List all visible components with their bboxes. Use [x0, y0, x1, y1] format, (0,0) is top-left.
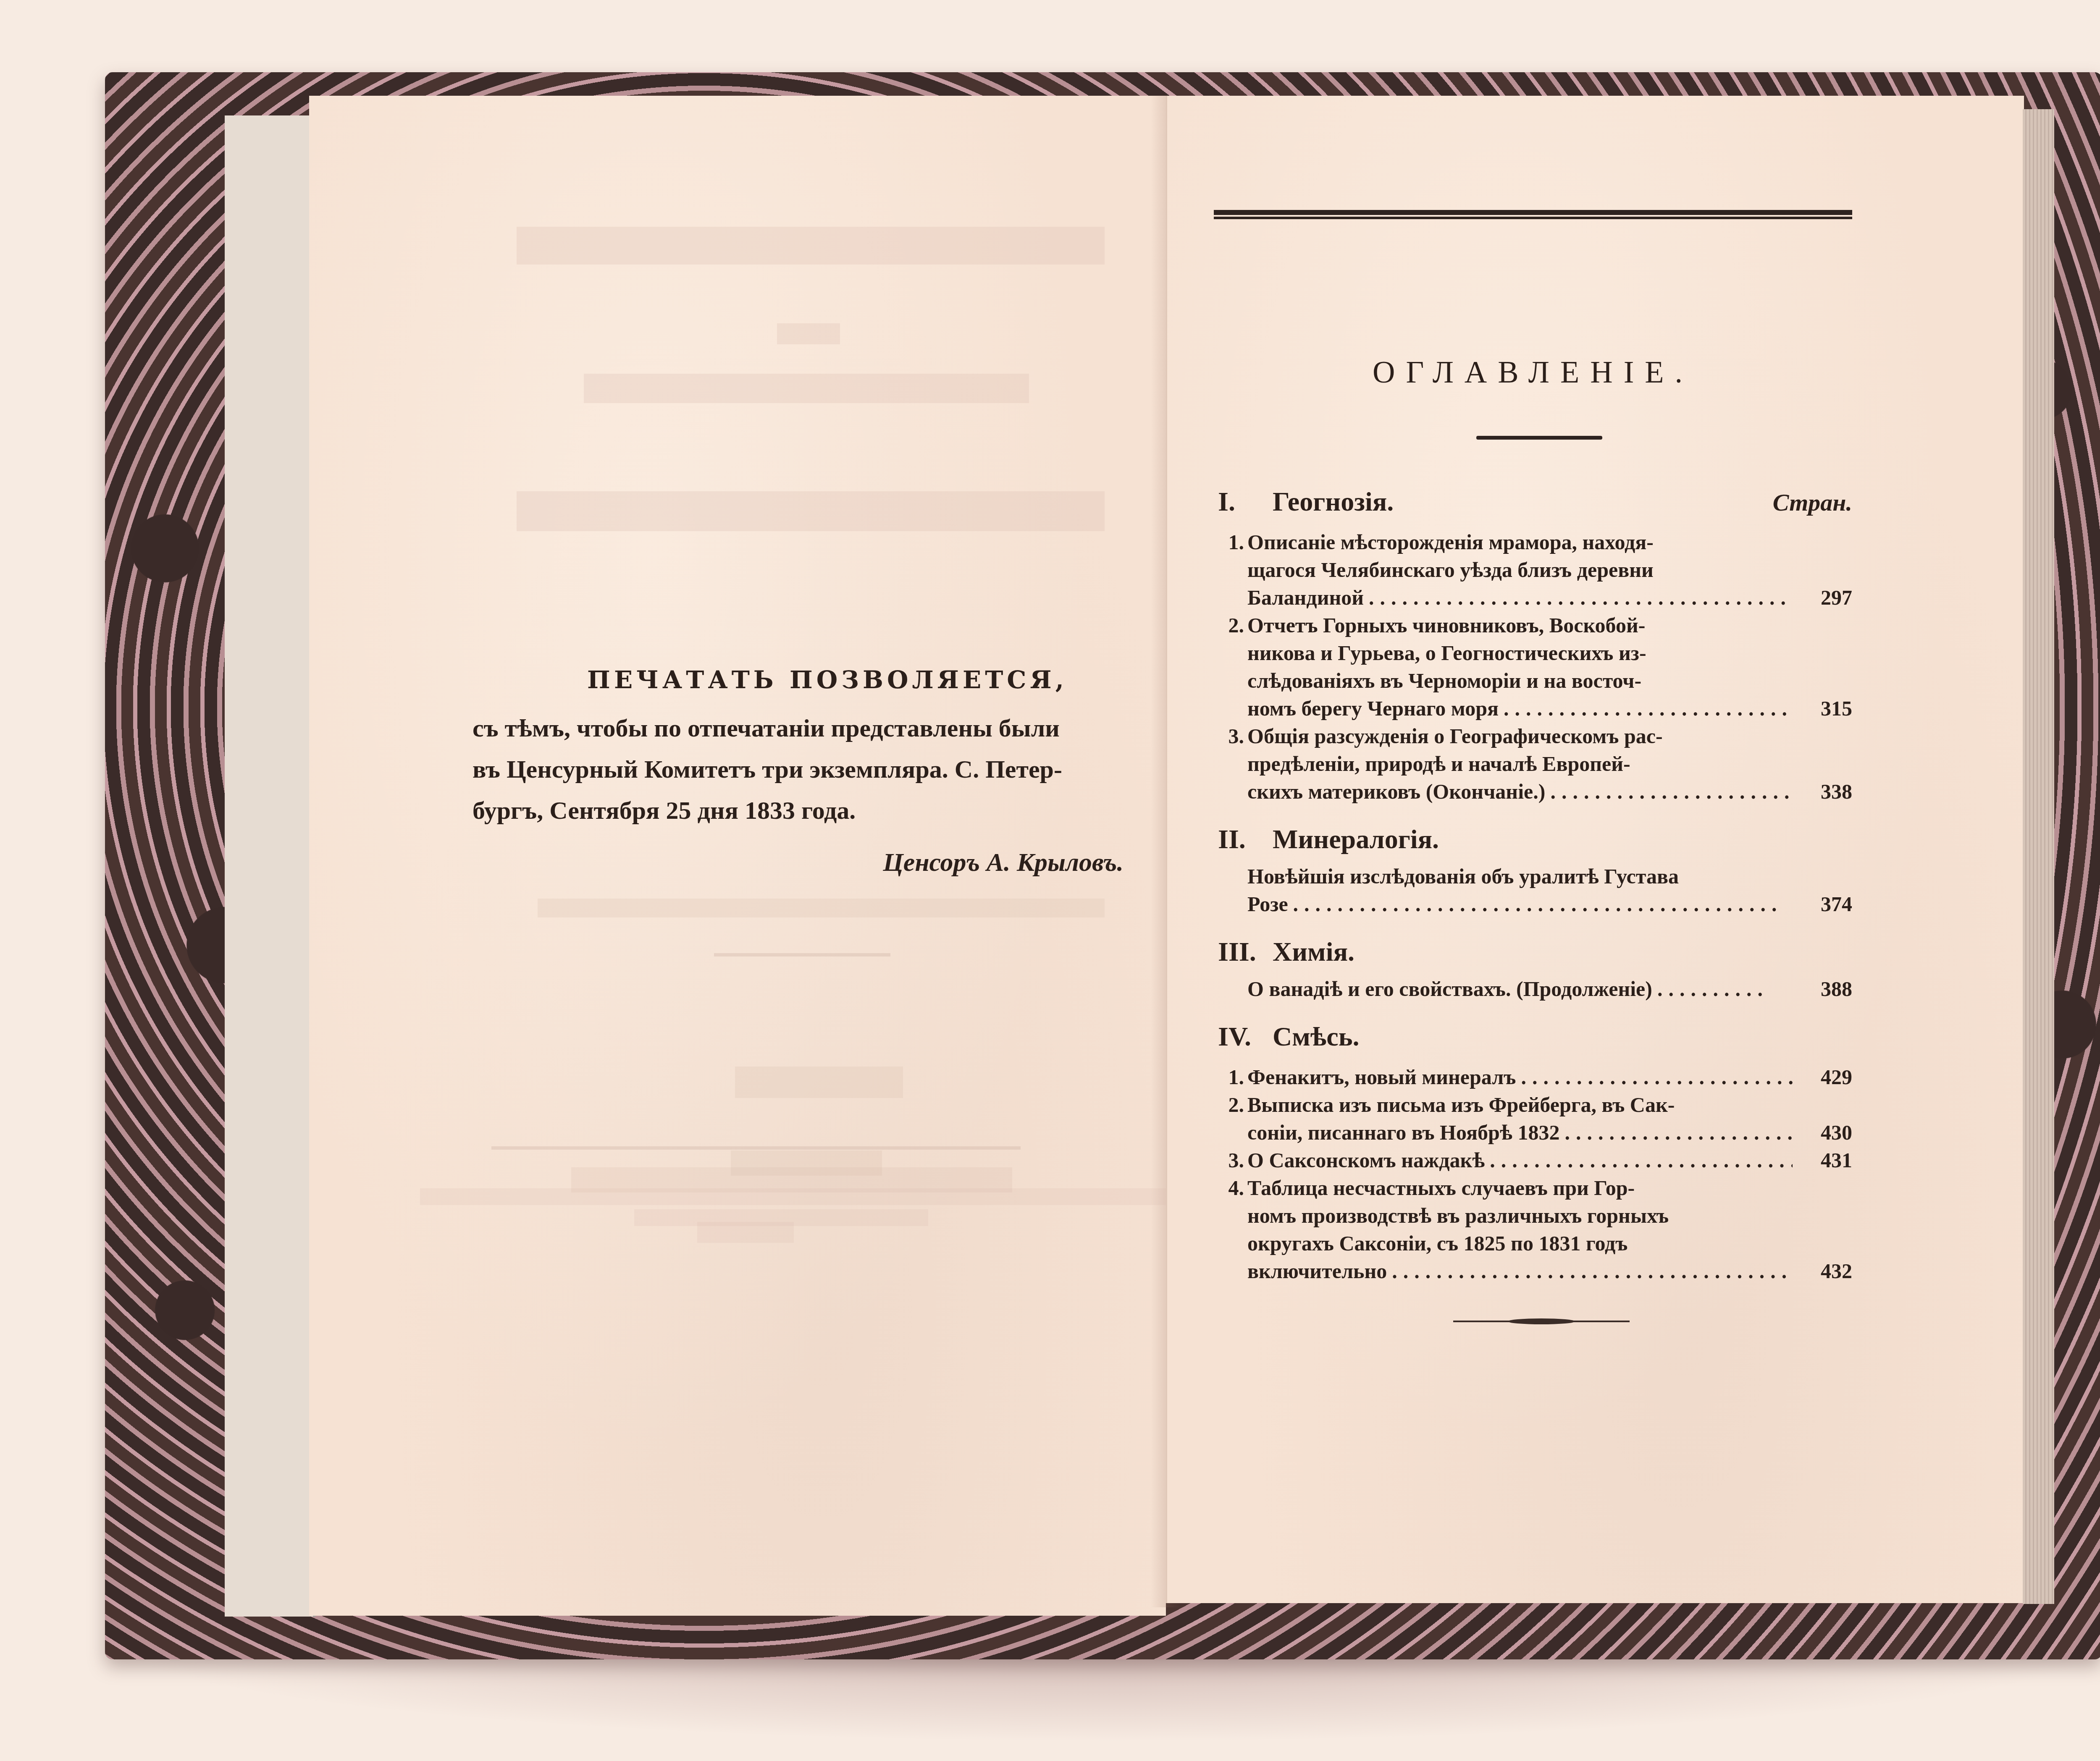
toc-entry: 4. Таблица несчастныхъ случаевъ при Гор-…: [1218, 1174, 1852, 1285]
section-name: Минералогія.: [1273, 824, 1439, 854]
section-numeral: IV.: [1218, 1014, 1273, 1060]
page-number: 315: [1798, 694, 1852, 722]
imprint-line: бургъ, Сентября 25 дня 1833 года.: [472, 790, 1132, 831]
section-numeral: II.: [1218, 816, 1273, 862]
toc-entry: О ванадіѣ и его свойствахъ. (Продолженіе…: [1218, 975, 1852, 1003]
embossed-impression: [538, 899, 1105, 917]
page-number: 388: [1798, 975, 1852, 1003]
embossed-impression: [517, 227, 1105, 265]
page-number: 338: [1798, 778, 1852, 805]
page-block-edge: [2023, 109, 2054, 1604]
embossed-impression: [584, 374, 1029, 403]
embossed-impression: [777, 323, 840, 344]
title-rule: [1476, 436, 1602, 440]
toc-entry: 2. Выписка изъ письма изъ Фрейберга, въ …: [1218, 1091, 1852, 1146]
end-ornament: [1453, 1318, 1630, 1324]
toc-entry: 1. Описаніе мѣсторожденія мрамора, наход…: [1218, 528, 1852, 611]
page-number: 431: [1798, 1146, 1852, 1174]
section-name: Химія.: [1273, 937, 1354, 967]
header-double-rule: [1214, 210, 1852, 219]
toc-entry: Новѣйшія изслѣдованія объ уралитѣ Густав…: [1218, 862, 1852, 918]
toc-entry: 2. Отчетъ Горныхъ чиновниковъ, Воскобой-…: [1218, 611, 1852, 722]
page-number: 430: [1798, 1119, 1852, 1146]
toc-entry: 3. О Саксонскомъ наждакѣ................…: [1218, 1146, 1852, 1174]
embossed-rule: [714, 953, 890, 956]
section-numeral: III.: [1218, 929, 1273, 975]
imprint-line: въ Ценсурный Комитетъ три экземпляра. С.…: [472, 749, 1132, 790]
toc-section-header: I.Геогнозія. Стран.: [1218, 479, 1852, 525]
toc-section-header: III.Химія.: [1218, 929, 1852, 975]
table-of-contents: I.Геогнозія. Стран. 1. Описаніе мѣсторож…: [1218, 479, 1852, 1285]
embossed-impression: [517, 491, 1105, 531]
embossed-impression: [697, 1222, 794, 1243]
imprint-body: съ тѣмъ, чтобы по отпечатаніи представле…: [472, 708, 1132, 831]
toc-entry: 1. Фенакитъ, новый минералъ.............…: [1218, 1063, 1852, 1091]
toc-entry: 3. Общія разсужденія о Географическомъ р…: [1218, 722, 1852, 805]
page-number: 297: [1798, 584, 1852, 611]
flyleaf: [225, 115, 315, 1617]
page-number: 432: [1798, 1257, 1852, 1285]
pages-column-label: Стран.: [1773, 480, 1852, 526]
censorship-imprint: ПЕЧАТАТЬ ПОЗВОЛЯЕТСЯ, съ тѣмъ, чтобы по …: [472, 666, 1132, 878]
section-name: Смѣсь.: [1273, 1022, 1359, 1051]
section-name: Геогнозія.: [1273, 487, 1394, 516]
toc-section-header: II.Минералогія.: [1218, 816, 1852, 862]
imprint-line: съ тѣмъ, чтобы по отпечатаніи представле…: [472, 708, 1132, 749]
page-number: 429: [1798, 1063, 1852, 1091]
embossed-rule: [491, 1146, 1021, 1150]
page-number: 374: [1798, 890, 1852, 918]
censor-signature: Ценсоръ А. Крыловъ.: [472, 848, 1132, 878]
section-numeral: I.: [1218, 479, 1273, 525]
imprint-title: ПЕЧАТАТЬ ПОЗВОЛЯЕТСЯ,: [523, 666, 1132, 695]
toc-title: ОГЛАВЛЕНІЕ.: [1214, 355, 1852, 390]
toc-section-header: IV.Смѣсь.: [1218, 1014, 1852, 1060]
embossed-impression: [420, 1188, 1218, 1205]
embossed-impression: [735, 1067, 903, 1098]
